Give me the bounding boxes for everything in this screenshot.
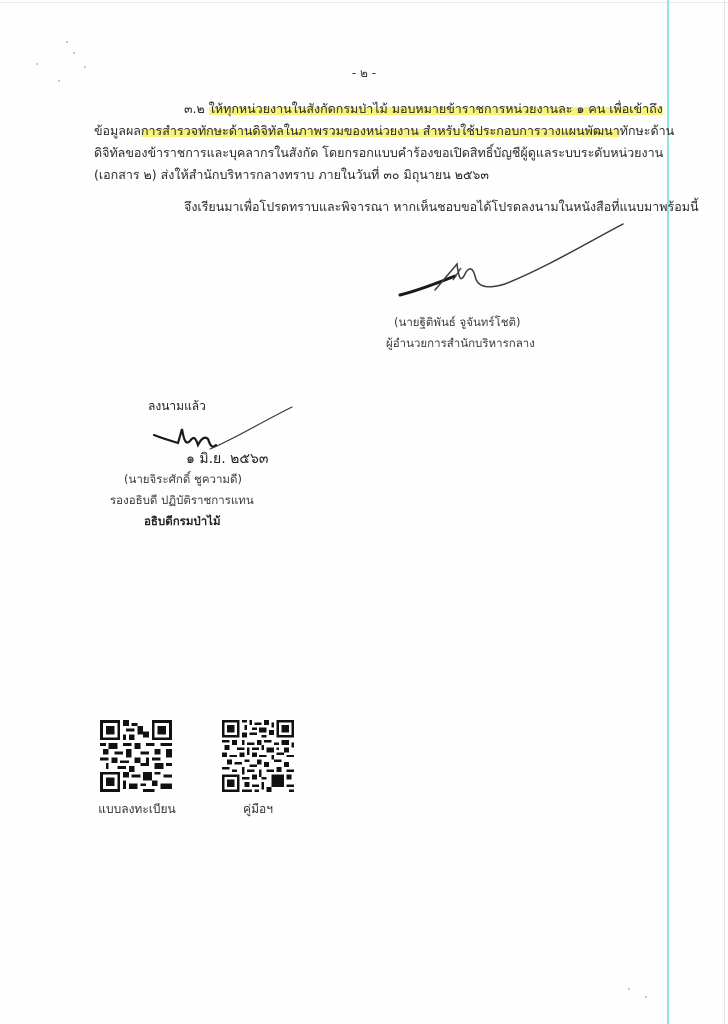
- paragraph-line-3: ดิจิทัลของข้าราชการและบุคลากรในสังกัด โด…: [94, 142, 654, 164]
- approver-name: (นายจิระศักดิ์ ชูความดี): [124, 471, 242, 489]
- page-top-edge: [0, 2, 728, 3]
- text-segment: ข้อมูลผล: [94, 123, 141, 138]
- text-segment: ทักษะด้าน: [620, 123, 674, 138]
- handwritten-date: ๑ มิ.ย. ๒๕๖๓: [186, 448, 268, 470]
- scan-speck: [73, 52, 75, 54]
- margin-guide-line: [667, 0, 669, 1024]
- highlighted-text: การสำรวจทักษะด้านดิจิทัลในภาพรวมของหน่วย…: [141, 123, 620, 138]
- closing-paragraph: จึงเรียนมาเพื่อโปรดทราบและพิจารณา หากเห็…: [184, 196, 728, 218]
- page-right-edge: [724, 0, 725, 1024]
- paragraph-line-4: (เอกสาร ๒) ส่งให้สำนักบริหารกลางทราบ ภาย…: [94, 164, 654, 186]
- qr-code-icon[interactable]: [100, 720, 172, 792]
- qr-code-icon[interactable]: [222, 720, 294, 792]
- paragraph-line-2: ข้อมูลผลการสำรวจทักษะด้านดิจิทัลในภาพรวม…: [94, 120, 654, 142]
- approver-position-2: อธิบดีกรมป่าไม้: [144, 513, 221, 531]
- qr-label-manual: คู่มือฯ: [220, 800, 296, 819]
- paragraph-item-3-2: ๓.๒ ให้ทุกหน่วยงานในสังกัดกรมป่าไม้ มอบห…: [94, 98, 654, 186]
- item-number: ๓.๒: [184, 101, 209, 116]
- highlighted-text: ให้ทุกหน่วยงานในสังกัดกรมป่าไม้ มอบหมายข…: [209, 101, 663, 116]
- signatory-position: ผู้อำนวยการสำนักบริหารกลาง: [386, 335, 535, 353]
- page-number: - ๒ -: [0, 64, 728, 83]
- paragraph-line-1: ๓.๒ ให้ทุกหน่วยงานในสังกัดกรมป่าไม้ มอบห…: [94, 98, 654, 120]
- scan-speck: [628, 988, 630, 990]
- document-page: - ๒ - ๓.๒ ให้ทุกหน่วยงานในสังกัดกรมป่าไม…: [0, 0, 728, 1024]
- scan-speck: [645, 996, 647, 998]
- scan-speck: [66, 41, 68, 43]
- qr-label-registration: แบบลงทะเบียน: [96, 800, 178, 819]
- director-signature: [395, 220, 625, 305]
- signatory-name: (นายฐิติพันธ์ จูจันทร์โชติ): [394, 314, 521, 332]
- approver-position: รองอธิบดี ปฏิบัติราชการแทน: [110, 492, 254, 510]
